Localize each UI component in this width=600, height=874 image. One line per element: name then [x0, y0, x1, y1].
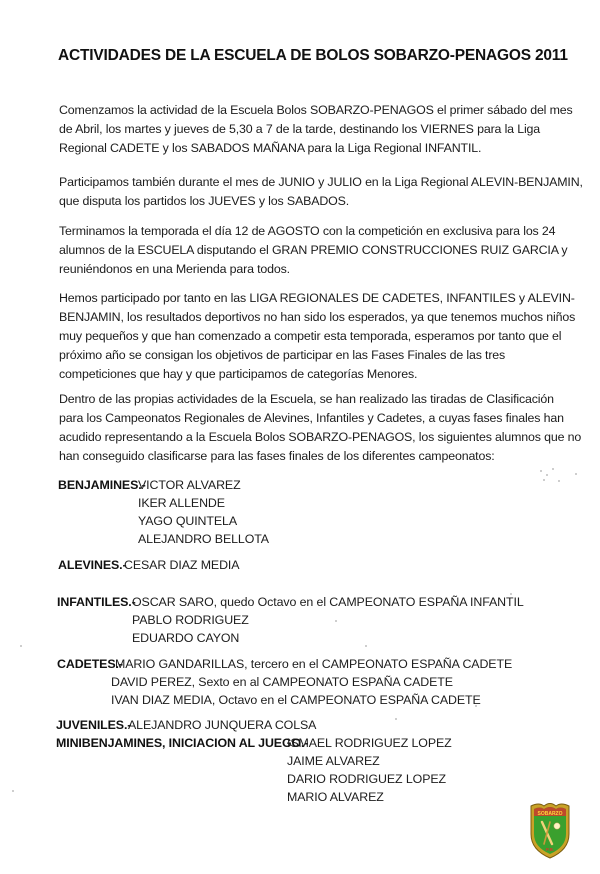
group-minibenjamines: MINIBENJAMINES, INICIACION AL JUEGO.- IS…: [56, 734, 308, 752]
category-label: INFANTILES.-: [57, 595, 136, 609]
student-name: DAVID PEREZ, Sexto en al CAMPEONATO ESPA…: [111, 673, 512, 691]
paragraph-start-activities: Comenzamos la actividad de la Escuela Bo…: [59, 101, 579, 158]
text-line: de Abril, los martes y jueves de 5,30 a …: [59, 120, 579, 139]
scan-speck: [335, 620, 337, 622]
scan-speck: [20, 645, 22, 647]
student-name: JAIME ALVAREZ: [287, 752, 452, 770]
student-list: VICTOR ALVAREZ IKER ALLENDE YAGO QUINTEL…: [138, 476, 269, 548]
student-name: EDUARDO CAYON: [132, 629, 524, 647]
scan-speck: [395, 718, 397, 720]
text-line: han conseguido clasificarse para las fas…: [59, 447, 579, 466]
student-name: OSCAR SARO, quedo Octavo en el CAMPEONAT…: [132, 593, 524, 611]
student-name: MARIO ALVAREZ: [287, 788, 452, 806]
student-list: OSCAR SARO, quedo Octavo en el CAMPEONAT…: [132, 593, 524, 647]
student-name: IKER ALLENDE: [138, 494, 269, 512]
scan-speck: [12, 790, 14, 792]
text-line: alumnos de la ESCUELA disputando el GRAN…: [59, 241, 579, 260]
text-line: Terminamos la temporada el día 12 de AGO…: [59, 222, 579, 241]
paragraph-classification: Dentro de las propias actividades de la …: [59, 390, 579, 466]
scan-speck: [365, 645, 367, 647]
text-line: reuniéndonos en una Merienda para todos.: [59, 260, 579, 279]
student-name: ALEJANDRO JUNQUERA COLSA: [128, 716, 316, 734]
text-line: BENJAMIN, los resultados deportivos no h…: [59, 308, 579, 327]
paragraph-summer-league: Participamos también durante el mes de J…: [59, 173, 579, 211]
scan-speck: [540, 470, 542, 472]
paragraph-results: Hemos participado por tanto en las LIGA …: [59, 289, 579, 384]
student-name: ISMAEL RODRIGUEZ LOPEZ: [287, 734, 452, 752]
category-label: JUVENILES.-: [56, 718, 131, 732]
text-line: Regional CADETE y los SABADOS MAÑANA par…: [59, 139, 579, 158]
category-label: BENJAMINES.-: [58, 478, 146, 492]
svg-text:P.B.: P.B.: [546, 847, 554, 852]
text-line: para los Campeonatos Regionales de Alevi…: [59, 409, 579, 428]
text-line: Dentro de las propias actividades de la …: [59, 390, 579, 409]
scan-speck: [475, 705, 477, 707]
student-list: ISMAEL RODRIGUEZ LOPEZ JAIME ALVAREZ DAR…: [287, 734, 452, 806]
text-line: Comenzamos la actividad de la Escuela Bo…: [59, 101, 579, 120]
club-crest-icon: SOBARZO P.B.: [528, 800, 572, 860]
category-label: MINIBENJAMINES, INICIACION AL JUEGO.-: [56, 736, 308, 750]
group-benjamines: BENJAMINES.- VICTOR ALVAREZ IKER ALLENDE…: [58, 476, 146, 494]
student-name: VICTOR ALVAREZ: [138, 476, 269, 494]
scan-speck: [543, 479, 545, 481]
svg-text:SOBARZO: SOBARZO: [538, 811, 563, 817]
student-name: MARIO GANDARILLAS, tercero en el CAMPEON…: [115, 655, 512, 673]
text-line: próximo año se consigan los objetivos de…: [59, 346, 579, 365]
scan-speck: [575, 473, 577, 475]
student-name: PABLO RODRIGUEZ: [132, 611, 524, 629]
student-list: CESAR DIAZ MEDIA: [124, 556, 239, 574]
group-juveniles: JUVENILES.- ALEJANDRO JUNQUERA COLSA: [56, 716, 131, 734]
text-line: acudido representando a la Escuela Bolos…: [59, 428, 579, 447]
category-label: CADETES.-: [57, 657, 123, 671]
document-title: ACTIVIDADES DE LA ESCUELA DE BOLOS SOBAR…: [58, 47, 578, 65]
scan-speck: [552, 468, 554, 470]
student-name: DARIO RODRIGUEZ LOPEZ: [287, 770, 452, 788]
group-infantiles: INFANTILES.- OSCAR SARO, quedo Octavo en…: [57, 593, 136, 611]
student-list: MARIO GANDARILLAS, tercero en el CAMPEON…: [115, 655, 512, 709]
scan-speck: [546, 474, 548, 476]
category-label: ALEVINES.-: [58, 558, 127, 572]
scan-speck: [510, 593, 512, 595]
text-line: Participamos también durante el mes de J…: [59, 173, 579, 192]
paragraph-season-end: Terminamos la temporada el día 12 de AGO…: [59, 222, 579, 279]
scan-speck: [558, 480, 560, 482]
student-name: YAGO QUINTELA: [138, 512, 269, 530]
student-list: ALEJANDRO JUNQUERA COLSA: [128, 716, 316, 734]
text-line: muy pequeños y que han comenzado a compe…: [59, 327, 579, 346]
group-alevines: ALEVINES.- CESAR DIAZ MEDIA: [58, 556, 127, 574]
group-cadetes: CADETES.- MARIO GANDARILLAS, tercero en …: [57, 655, 123, 673]
student-name: CESAR DIAZ MEDIA: [124, 556, 239, 574]
text-line: Hemos participado por tanto en las LIGA …: [59, 289, 579, 308]
text-line: que disputa los partidos los JUEVES y lo…: [59, 192, 579, 211]
student-name: ALEJANDRO BELLOTA: [138, 530, 269, 548]
text-line: competiciones que hay y que participamos…: [59, 365, 579, 384]
student-name: IVAN DIAZ MEDIA, Octavo en el CAMPEONATO…: [111, 691, 512, 709]
